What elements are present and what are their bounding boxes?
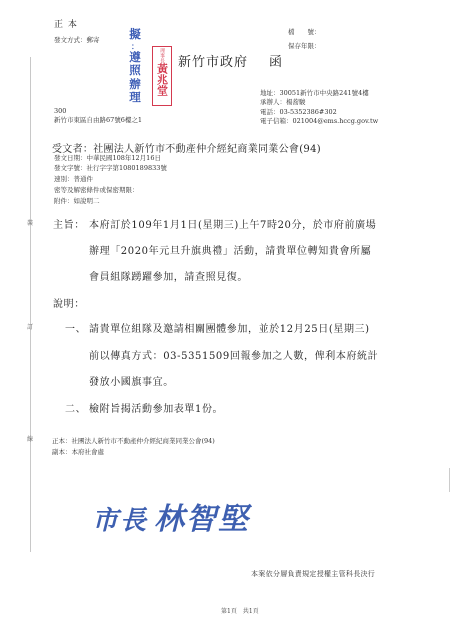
subject-line: 本府訂於109年1月1日(星期三)上午7時20分，於市府前廣場 [89,216,376,231]
document-number: 發文字號：社行字字第1080189833號 [54,164,167,173]
binding-mark-xian: 線 [27,434,33,443]
copy-recipient: 副本：本府社會處 [52,448,104,457]
subject-line: 辦理「2020年元旦升旗典禮」活動，請貴單位轉知貴會所屬 [89,242,371,257]
phone-number: 電話：03-5352386#302 [260,108,337,117]
stamp-char: 辦 [128,78,142,92]
subject-line: 會員組隊踴躍參加，請查照見復。 [89,268,248,283]
send-method: 發文方式：郵寄 [54,36,100,45]
recipient: 受文者：社團法人新竹市不動產仲介經紀商業同業公會(94) [52,140,321,155]
explanation-item-line: 發放小國旗事宜。 [89,373,174,388]
recipient-mailing-address: 新竹市東區自由路67號6樓之1 [54,116,142,125]
subject-label: 主旨： [53,216,85,231]
attachment-note: 附件：如說明二 [54,197,100,206]
classification: 密等及解密條件或保密期限： [54,186,139,195]
postal-code: 300 [54,107,66,116]
page-edge-mark [449,468,450,492]
seal-title: 理事長 [159,48,165,63]
delivery-speed: 速別：普通件 [54,175,93,184]
chairman-seal-stamp: 理事長 黃兆堂 [152,46,172,106]
retention-period-label: 保存年限： [288,42,321,51]
explanation-item-number: 一、 [65,320,86,335]
case-handler: 承辦人：楊蕎駿 [260,98,306,107]
stamp-char: 照 [128,64,142,78]
explanation-item-line: 請貴單位組隊及邀請相關團體參加，並於12月25日(星期三) [89,320,370,335]
copy-type-label: 正 本 [54,17,78,30]
approval-stamp: 擬 ： 遵 照 辦 理 [128,28,142,105]
explanation-item-number: 二、 [65,400,86,415]
explanation-item-line: 檢附旨揭活動參加表單1份。 [89,400,223,415]
binding-mark-zhuang: 裝 [27,218,33,227]
stamp-char: 理 [128,91,142,105]
binding-mark-ding: 訂 [27,322,33,331]
file-number-label: 檔 號： [288,28,321,37]
signature-title: 市長 [92,506,148,536]
page-number: 第1頁 共1頁 [221,606,259,615]
seal-name: 黃兆堂 [156,63,169,96]
mayor-signature: 市長林智堅 [92,494,250,538]
explanation-label: 說明： [53,295,85,310]
document-type: 函 [269,51,282,70]
stamp-char: 遵 [128,51,142,65]
stamp-char: 擬 [128,28,142,42]
issuing-organization-title: 新竹市政府 [178,51,248,70]
issue-date: 發文日期：中華民國108年12月16日 [54,154,161,163]
agency-address: 地址：30051新竹市中央路241號4樓 [260,89,369,98]
binding-line [30,57,31,552]
original-recipient: 正本：社團法人新竹市不動產仲介經紀商業同業公會(94) [52,437,215,446]
explanation-item-line: 前以傳真方式：03-5351509回報參加之人數，俾利本府統計 [89,347,378,362]
delegation-note: 本案依分層負責規定授權主管科長決行 [251,570,375,579]
signature-name: 林智堅 [154,502,250,537]
email-address[interactable]: 電子信箱：021004@ems.hccg.gov.tw [260,117,378,126]
